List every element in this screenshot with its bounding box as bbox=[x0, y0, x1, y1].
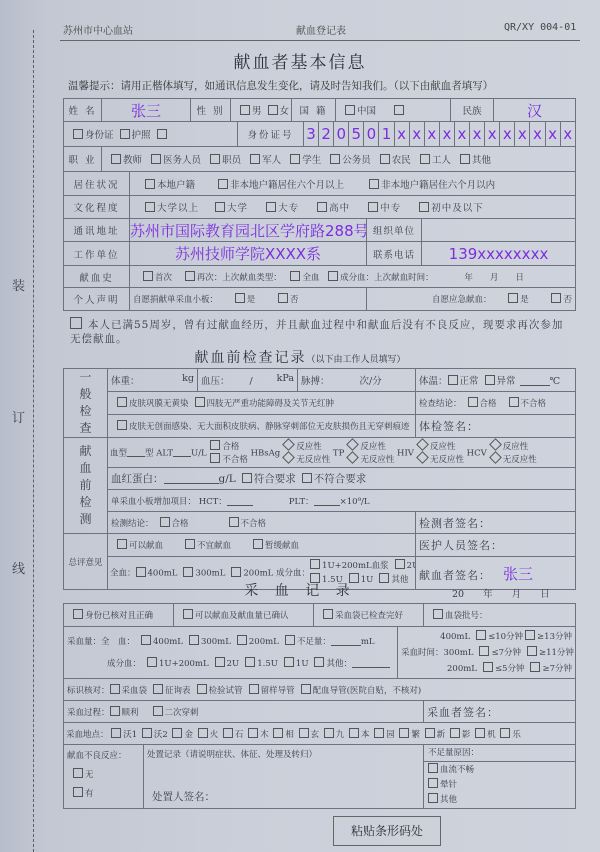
hiv-nonreactive-radio[interactable] bbox=[416, 451, 429, 464]
emergency-no-checkbox[interactable] bbox=[551, 293, 561, 303]
general-exam-label: 一般检查 bbox=[64, 369, 108, 438]
volume-checkbox[interactable] bbox=[136, 567, 146, 577]
occupation-checkbox[interactable] bbox=[210, 154, 220, 164]
hbsag-nonreactive-radio[interactable] bbox=[282, 451, 295, 464]
platelet-no-checkbox[interactable] bbox=[278, 293, 288, 303]
field-label: PLT： bbox=[289, 497, 314, 507]
option-label: 职员 bbox=[222, 155, 241, 166]
comp-checkbox[interactable] bbox=[245, 657, 255, 667]
field-label: 检测结论： bbox=[111, 519, 154, 529]
hct-input[interactable] bbox=[227, 505, 253, 506]
location-checkbox[interactable] bbox=[248, 728, 258, 738]
nationality-label: 国 籍 bbox=[292, 99, 336, 122]
bag-batch: 血袋批号： bbox=[424, 604, 576, 627]
form-code: QR/XY 004-01 bbox=[504, 22, 576, 33]
option-label: 九 bbox=[336, 730, 345, 740]
nationality-options: 中国 bbox=[336, 99, 451, 122]
overall-checkbox[interactable] bbox=[117, 539, 127, 549]
location-checkbox[interactable] bbox=[172, 728, 182, 738]
label-check-checkbox[interactable] bbox=[153, 684, 163, 694]
gender-male-checkbox[interactable] bbox=[240, 105, 250, 115]
barcode-area: 粘贴条形码处 bbox=[333, 816, 441, 846]
bag-batch-checkbox[interactable] bbox=[433, 609, 443, 619]
option-label: 不宜献血 bbox=[197, 541, 231, 551]
label-check-checkbox[interactable] bbox=[301, 684, 311, 694]
temp-normal-checkbox[interactable] bbox=[448, 375, 458, 385]
age-statement-checkbox[interactable] bbox=[70, 317, 82, 329]
option-label: 金 bbox=[184, 730, 193, 740]
residence-label: 居住状况 bbox=[64, 172, 130, 196]
id-digit[interactable]: 0 bbox=[364, 122, 379, 147]
option-label: 非本地户籍居住六个月以上 bbox=[230, 180, 344, 191]
id-digit[interactable]: x bbox=[485, 122, 500, 147]
option-label: 木 bbox=[260, 730, 269, 740]
tester-signature[interactable]: 检测者签名： bbox=[416, 512, 576, 534]
location-checkbox[interactable] bbox=[374, 728, 384, 738]
id-card-checkbox[interactable] bbox=[73, 129, 83, 139]
residence-checkbox[interactable] bbox=[218, 179, 228, 189]
option-label: 无反应性 bbox=[430, 455, 464, 465]
option-label: 成分血：上次献血时间： bbox=[340, 273, 434, 283]
option-label: 反应性 bbox=[296, 442, 322, 452]
hbsag-reactive-radio[interactable] bbox=[282, 438, 295, 451]
location-checkbox[interactable] bbox=[500, 728, 510, 738]
option-label: 本 bbox=[361, 730, 370, 740]
option-label: 不足量： bbox=[297, 637, 331, 647]
statement-label: 个人声明 bbox=[64, 288, 130, 311]
option-label: 2U bbox=[407, 561, 416, 571]
collection-details-table: 标识核对：采血袋征询表检验试管留样导管配血导管(医院自贴，不核对) 采血过程：顺… bbox=[63, 678, 576, 809]
tp-reactive-radio[interactable] bbox=[346, 438, 359, 451]
test-pass-checkbox[interactable] bbox=[160, 517, 170, 527]
reason-checkbox[interactable] bbox=[428, 778, 438, 788]
option-label: 采血袋 bbox=[122, 686, 148, 696]
limbs-checkbox[interactable] bbox=[195, 397, 205, 407]
binding-char: 订 bbox=[12, 407, 25, 426]
skin-limbs-check: 皮肤巩膜无黄染四肢无严重功能障碍及关节无红肿 bbox=[108, 392, 416, 415]
history-again-checkbox[interactable] bbox=[185, 271, 195, 281]
option-label: 300mL bbox=[201, 637, 231, 647]
option-label: 是 bbox=[247, 295, 256, 305]
time-checkbox[interactable] bbox=[483, 662, 493, 672]
time-volume: 300mL bbox=[444, 648, 474, 658]
vol-checkbox[interactable] bbox=[237, 635, 247, 645]
option-label: 否 bbox=[290, 295, 299, 305]
location-checkbox[interactable] bbox=[142, 728, 152, 738]
org-unit-field[interactable] bbox=[422, 219, 576, 242]
location-checkbox[interactable] bbox=[273, 728, 283, 738]
gender-female-checkbox[interactable] bbox=[268, 105, 278, 115]
residence-checkbox[interactable] bbox=[369, 179, 379, 189]
alt-fail-checkbox[interactable] bbox=[210, 453, 220, 463]
process-checkbox[interactable] bbox=[110, 706, 120, 716]
location-checkbox[interactable] bbox=[223, 728, 233, 738]
unit: g/L bbox=[219, 473, 236, 485]
skin-checkbox[interactable] bbox=[117, 397, 127, 407]
hb-ok-checkbox[interactable] bbox=[242, 473, 252, 483]
option-label: 有 bbox=[85, 789, 94, 799]
identity-checkbox[interactable] bbox=[73, 609, 83, 619]
address-label: 通讯地址 bbox=[64, 219, 130, 242]
alt-pass-checkbox[interactable] bbox=[210, 440, 220, 450]
option-label: 皮肤无创面感染、无大面积皮肤病、静脉穿刺部位无皮肤损伤且无穿刺痕迹 bbox=[129, 422, 410, 432]
pulse-field[interactable]: 脉搏：次/分 bbox=[298, 369, 416, 392]
collector-signature[interactable]: 采血者签名： bbox=[424, 701, 576, 723]
education-checkbox[interactable] bbox=[266, 202, 276, 212]
work-unit-label: 工作单位 bbox=[64, 242, 130, 266]
volume-checkbox[interactable] bbox=[183, 567, 193, 577]
option-label: 不合格 bbox=[241, 519, 267, 529]
weight-field[interactable]: 体重：kg bbox=[108, 369, 198, 392]
collection-volume-table: 采血量：全 血：400mL300mL200mL不足量：mL 成分血：1U+200… bbox=[63, 626, 576, 679]
section-title-text: 献血前检查记录 bbox=[194, 350, 306, 366]
residence-checkbox[interactable] bbox=[145, 179, 155, 189]
id-digit[interactable]: x bbox=[394, 122, 409, 147]
time-checkbox[interactable] bbox=[530, 662, 540, 672]
location-checkbox[interactable] bbox=[475, 728, 485, 738]
education-checkbox[interactable] bbox=[317, 202, 327, 212]
occupation-checkbox[interactable] bbox=[290, 154, 300, 164]
temp-input[interactable] bbox=[520, 385, 550, 386]
ethnicity-label: 民族 bbox=[451, 99, 494, 122]
tip-text: 温馨提示：请用正楷体填写，如通讯信息发生变化，请及时告知我们。（以下由献血者填写… bbox=[68, 78, 493, 93]
label-check-checkbox[interactable] bbox=[197, 684, 207, 694]
process-checkbox[interactable] bbox=[153, 706, 163, 716]
address-field[interactable]: 苏州市国际教育园北区学府路288号 bbox=[130, 219, 367, 242]
collection-time: 400mL≤10分钟≥13分钟 采血时间：300mL≤7分钟≥11分钟 200m… bbox=[398, 627, 576, 679]
option-label: 采血袋已检查完好 bbox=[335, 611, 403, 621]
handler-signature[interactable]: 处置人签名： bbox=[152, 789, 215, 804]
adverse-none-checkbox[interactable] bbox=[73, 768, 83, 778]
handling-record[interactable]: 处置记录（请说明症状、体征、处理及转归）处置人签名： bbox=[144, 745, 424, 809]
option-label: 不合格 bbox=[222, 455, 248, 465]
option-label: 是 bbox=[520, 295, 529, 305]
id-digit[interactable]: 5 bbox=[349, 122, 364, 147]
check-volume-confirmed: 可以献血及献血量已确认 bbox=[174, 604, 314, 627]
option-label: 本地户籍 bbox=[157, 180, 195, 191]
option-label: 400mL bbox=[153, 637, 183, 647]
option-label: 农民 bbox=[392, 155, 411, 166]
option-label: 无反应性 bbox=[360, 455, 394, 465]
form-name: 献血登记表 bbox=[296, 22, 346, 37]
insufficient-input[interactable] bbox=[331, 645, 361, 646]
option-label: 繁 bbox=[411, 730, 420, 740]
emergency-question: 自愿应急献血： 是 否 bbox=[367, 288, 576, 311]
age-statement-text: 本人已满55周岁，曾有过献血经历，并且献血过程中和献血后没有不良反应，现要求再次… bbox=[70, 319, 563, 345]
option-label: 晕针 bbox=[440, 780, 457, 790]
name-field[interactable]: 张三 bbox=[102, 99, 191, 122]
section-title-basic-info: 献血者基本信息 bbox=[0, 48, 600, 73]
field-label: HCV bbox=[467, 448, 487, 458]
history-label: 献血史 bbox=[64, 266, 130, 288]
occupation-checkbox[interactable] bbox=[380, 154, 390, 164]
occupation-checkbox[interactable] bbox=[420, 154, 430, 164]
vol-checkbox[interactable] bbox=[141, 635, 151, 645]
field-label: 全血： bbox=[110, 569, 136, 579]
precheck-table: 一般检查 体重：kg 血压：/kPa 脉搏：次/分 体温：正常异常℃ 皮肤巩膜无… bbox=[63, 368, 576, 590]
field-label: 血型 bbox=[110, 448, 127, 458]
binding-char: 线 bbox=[12, 558, 25, 577]
exam-fail-checkbox[interactable] bbox=[509, 397, 519, 407]
time-checkbox[interactable] bbox=[479, 646, 489, 656]
option-label: 1U+200mL bbox=[159, 659, 209, 669]
field-label: ALT bbox=[156, 448, 173, 458]
option-label: 正常 bbox=[460, 376, 479, 387]
field-label: 血红蛋白： bbox=[111, 473, 164, 485]
reason-checkbox[interactable] bbox=[428, 793, 438, 803]
location-checkbox[interactable] bbox=[299, 728, 309, 738]
question-text: 自愿应急献血： bbox=[432, 295, 492, 305]
hcv-nonreactive-radio[interactable] bbox=[489, 451, 502, 464]
location-checkbox[interactable] bbox=[198, 728, 208, 738]
id-digit[interactable]: x bbox=[439, 122, 454, 147]
option-label: 300mL bbox=[195, 569, 225, 579]
plt-input[interactable] bbox=[314, 505, 340, 506]
reason-checkbox[interactable] bbox=[428, 763, 438, 773]
adverse-yes-checkbox[interactable] bbox=[73, 787, 83, 797]
component-checkbox[interactable] bbox=[395, 559, 405, 569]
alt-input[interactable] bbox=[173, 456, 191, 457]
field-label: HIV bbox=[397, 448, 414, 458]
option-label: 皮肤巩膜无黄染 bbox=[129, 399, 189, 409]
gender-options: 男女 bbox=[231, 99, 292, 122]
option-label: ≥11分钟 bbox=[539, 648, 574, 658]
hiv-reactive-radio[interactable] bbox=[416, 438, 429, 451]
temp-abnormal-checkbox[interactable] bbox=[485, 375, 495, 385]
overall-checkbox[interactable] bbox=[185, 539, 195, 549]
option-label: 不合格 bbox=[521, 399, 547, 409]
passport-checkbox[interactable] bbox=[120, 129, 130, 139]
id-row: 身份证护照 身份证号 3 2 0 5 0 1 x x x x x x x x x… bbox=[63, 121, 576, 147]
volume-checkbox[interactable] bbox=[231, 567, 241, 577]
field-label: 处置记录（请说明症状、体征、处理及转归） bbox=[147, 750, 317, 760]
location-checkbox[interactable] bbox=[324, 728, 334, 738]
unit: kg bbox=[182, 373, 194, 384]
residence-options: 本地户籍 非本地户籍居住六个月以上 非本地户籍居住六个月以内 bbox=[130, 172, 576, 196]
id-digit[interactable]: 1 bbox=[379, 122, 394, 147]
phone-field[interactable]: 139xxxxxxxx bbox=[422, 242, 576, 266]
id-digit[interactable]: x bbox=[560, 122, 575, 147]
education-checkbox[interactable] bbox=[215, 202, 225, 212]
collection-date[interactable]: 20 年 月 日 bbox=[452, 586, 550, 600]
comp-other-checkbox[interactable] bbox=[314, 657, 324, 667]
field-label: 脉搏： bbox=[301, 376, 330, 387]
history-first-checkbox[interactable] bbox=[143, 271, 153, 281]
option-label: 反应性 bbox=[503, 442, 529, 452]
occupation-checkbox[interactable] bbox=[250, 154, 260, 164]
check-bag: 采血袋已检查完好 bbox=[314, 604, 424, 627]
comp-checkbox[interactable] bbox=[215, 657, 225, 667]
education-checkbox[interactable] bbox=[145, 202, 155, 212]
medic-signature[interactable]: 医护人员签名： bbox=[416, 534, 576, 557]
component-checkbox[interactable] bbox=[310, 559, 320, 569]
option-label: 1U bbox=[296, 659, 309, 669]
work-unit-field[interactable]: 苏州技师学院XXXX系 bbox=[130, 242, 367, 266]
option-label: 初中及以下 bbox=[431, 203, 484, 214]
id-digit[interactable]: x bbox=[470, 122, 485, 147]
test-fail-checkbox[interactable] bbox=[229, 517, 239, 527]
last-donation-date[interactable]: 年 月 日 bbox=[464, 273, 524, 283]
section-title-precheck: 献血前检查记录（以下由工作人员填写） bbox=[0, 347, 600, 367]
temp-field: 体温：正常异常℃ bbox=[416, 369, 576, 392]
unit: ℃ bbox=[550, 376, 561, 387]
org-name: 苏州市中心血站 bbox=[63, 22, 133, 37]
bag-checked-checkbox[interactable] bbox=[323, 609, 333, 619]
option-label: 男 bbox=[252, 106, 262, 117]
field-label: HBsAg bbox=[251, 448, 281, 458]
platelet-question: 自愿捐献单采血小板： 是 否 bbox=[130, 288, 367, 311]
time-volume: 200mL bbox=[447, 664, 477, 674]
option-label: 不符合要求 bbox=[314, 473, 367, 485]
blood-type-input[interactable] bbox=[127, 456, 145, 457]
id-digit[interactable]: 3 bbox=[304, 122, 319, 147]
field-label: 采血量：全 血： bbox=[67, 637, 135, 647]
field-label: 体重： bbox=[111, 376, 140, 387]
field-label: 体温： bbox=[419, 376, 448, 387]
location-checkbox[interactable] bbox=[399, 728, 409, 738]
unit: mL bbox=[361, 637, 375, 647]
basic-info-table: 姓 名 张三 性 别 男女 国 籍 中国 民族 汉 bbox=[63, 98, 576, 122]
option-label: 工人 bbox=[432, 155, 451, 166]
option-label: 无反应性 bbox=[296, 455, 330, 465]
option-label: 影 bbox=[462, 730, 471, 740]
option-label: 其他 bbox=[472, 155, 491, 166]
location-checkbox[interactable] bbox=[425, 728, 435, 738]
occupation-checkbox[interactable] bbox=[460, 154, 470, 164]
hcv-reactive-radio[interactable] bbox=[489, 438, 502, 451]
id-digit[interactable]: x bbox=[545, 122, 560, 147]
education-checkbox[interactable] bbox=[419, 202, 429, 212]
option-label: 400mL bbox=[148, 569, 178, 579]
occupation-checkbox[interactable] bbox=[330, 154, 340, 164]
option-label: 二次穿刺 bbox=[165, 708, 199, 718]
pretest-label: 献血前检测 bbox=[64, 438, 108, 534]
field-label: TP bbox=[333, 448, 344, 458]
option-label: 首次 bbox=[155, 273, 172, 283]
option-label: 再次：上次献血类型： bbox=[197, 273, 282, 283]
history-component-checkbox[interactable] bbox=[328, 271, 338, 281]
occupation-checkbox[interactable] bbox=[151, 154, 161, 164]
id-digit[interactable]: 0 bbox=[334, 122, 349, 147]
field-label: 单采血小板增加项目： HCT： bbox=[111, 497, 227, 507]
option-label: 新 bbox=[437, 730, 446, 740]
skin-puncture-checkbox[interactable] bbox=[117, 420, 127, 430]
option-label: 非本地户籍居住六个月以内 bbox=[381, 180, 495, 191]
comp-checkbox[interactable] bbox=[147, 657, 157, 667]
volume-confirmed-checkbox[interactable] bbox=[183, 609, 193, 619]
occupation-checkbox[interactable] bbox=[111, 154, 121, 164]
location-checkbox[interactable] bbox=[349, 728, 359, 738]
id-other-checkbox[interactable] bbox=[157, 129, 167, 139]
location-row: 采血地点： 沃1 沃2 金 火 石 木 相 玄 九 本 园 繁 新 影 机 乐 bbox=[64, 723, 576, 745]
option-label: 大学以上 bbox=[157, 203, 199, 214]
id-digit[interactable]: x bbox=[530, 122, 545, 147]
bp-field[interactable]: 血压：/kPa bbox=[198, 369, 298, 392]
nationality-other-checkbox[interactable] bbox=[394, 105, 404, 115]
platelet-yes-checkbox[interactable] bbox=[235, 293, 245, 303]
option-label: 护照 bbox=[132, 130, 151, 141]
option-label: 大学 bbox=[227, 203, 248, 214]
field-label: 献血不良反应： bbox=[67, 751, 127, 761]
tp-nonreactive-radio[interactable] bbox=[346, 451, 359, 464]
field-label: 成分血： bbox=[107, 659, 141, 669]
label-check-checkbox[interactable] bbox=[249, 684, 259, 694]
overall-checkbox[interactable] bbox=[253, 539, 263, 549]
label-check-checkbox[interactable] bbox=[110, 684, 120, 694]
comp-other-input[interactable] bbox=[352, 667, 390, 668]
option-label: 无 bbox=[85, 770, 94, 780]
emergency-yes-checkbox[interactable] bbox=[508, 293, 518, 303]
field-label: 标识核对： bbox=[67, 686, 110, 696]
field-label: 采血时间： bbox=[401, 648, 444, 658]
option-label: 2U bbox=[227, 659, 240, 669]
option-label: 公务员 bbox=[342, 155, 371, 166]
id-digit[interactable]: x bbox=[500, 122, 515, 147]
option-label: 高中 bbox=[329, 203, 350, 214]
option-label: 无反应性 bbox=[503, 455, 537, 465]
option-label: 检验试管 bbox=[209, 686, 243, 696]
option-label: 身份证 bbox=[85, 130, 114, 141]
location-checkbox[interactable] bbox=[450, 728, 460, 738]
hb-not-checkbox[interactable] bbox=[302, 473, 312, 483]
id-digit[interactable]: x bbox=[515, 122, 530, 147]
option-label: ≥13分钟 bbox=[537, 632, 572, 642]
nationality-china-checkbox[interactable] bbox=[345, 105, 355, 115]
option-label: 合格 bbox=[222, 442, 239, 452]
field-label: 采血地点： bbox=[66, 730, 109, 740]
exam-pass-checkbox[interactable] bbox=[468, 397, 478, 407]
option-label: 火 bbox=[210, 730, 219, 740]
id-digit[interactable]: x bbox=[409, 122, 424, 147]
history-whole-checkbox[interactable] bbox=[290, 271, 300, 281]
option-label: ≤7分钟 bbox=[491, 648, 521, 658]
vol-checkbox[interactable] bbox=[189, 635, 199, 645]
phone-label: 联系电话 bbox=[367, 242, 422, 266]
option-label: 血袋批号： bbox=[445, 611, 488, 621]
time-volume: 400mL bbox=[440, 632, 470, 642]
id-digit[interactable]: 2 bbox=[319, 122, 334, 147]
binding-char: 装 bbox=[12, 275, 25, 294]
exam-signature[interactable]: 体检签名： bbox=[416, 415, 576, 438]
binding-line bbox=[33, 30, 34, 852]
time-checkbox[interactable] bbox=[527, 646, 537, 656]
org-unit-label: 组织单位 bbox=[367, 219, 422, 242]
field-label: 成分血： bbox=[276, 569, 310, 579]
option-label: 沃1 bbox=[123, 730, 137, 740]
education-label: 文化程度 bbox=[64, 196, 130, 219]
id-digit[interactable]: x bbox=[454, 122, 469, 147]
id-digit[interactable]: x bbox=[424, 122, 439, 147]
education-options: 大学以上 大学 大专 高中 中专 初中及以下 bbox=[130, 196, 576, 219]
time-checkbox[interactable] bbox=[476, 630, 486, 640]
hemoglobin-input[interactable] bbox=[164, 483, 219, 484]
location-checkbox[interactable] bbox=[111, 728, 121, 738]
section-subtitle: （以下由工作人员填写） bbox=[306, 355, 405, 365]
unit: 次/分 bbox=[360, 376, 382, 387]
ethnicity-field[interactable]: 汉 bbox=[494, 99, 576, 122]
time-checkbox[interactable] bbox=[525, 630, 535, 640]
option-label: 合格 bbox=[480, 399, 497, 409]
option-label: ≥7分钟 bbox=[542, 664, 572, 674]
occupation-label: 职 业 bbox=[64, 147, 102, 172]
id-type-options: 身份证护照 bbox=[64, 122, 238, 147]
id-number-label: 身份证号 bbox=[238, 122, 304, 147]
comp-checkbox[interactable] bbox=[284, 657, 294, 667]
option-label: 顺利 bbox=[122, 708, 139, 718]
age-statement: 本人已满55周岁，曾有过献血经历，并且献血过程中和献血后没有不良反应，现要求再次… bbox=[70, 317, 570, 346]
insufficient-checkbox[interactable] bbox=[285, 635, 295, 645]
education-checkbox[interactable] bbox=[368, 202, 378, 212]
